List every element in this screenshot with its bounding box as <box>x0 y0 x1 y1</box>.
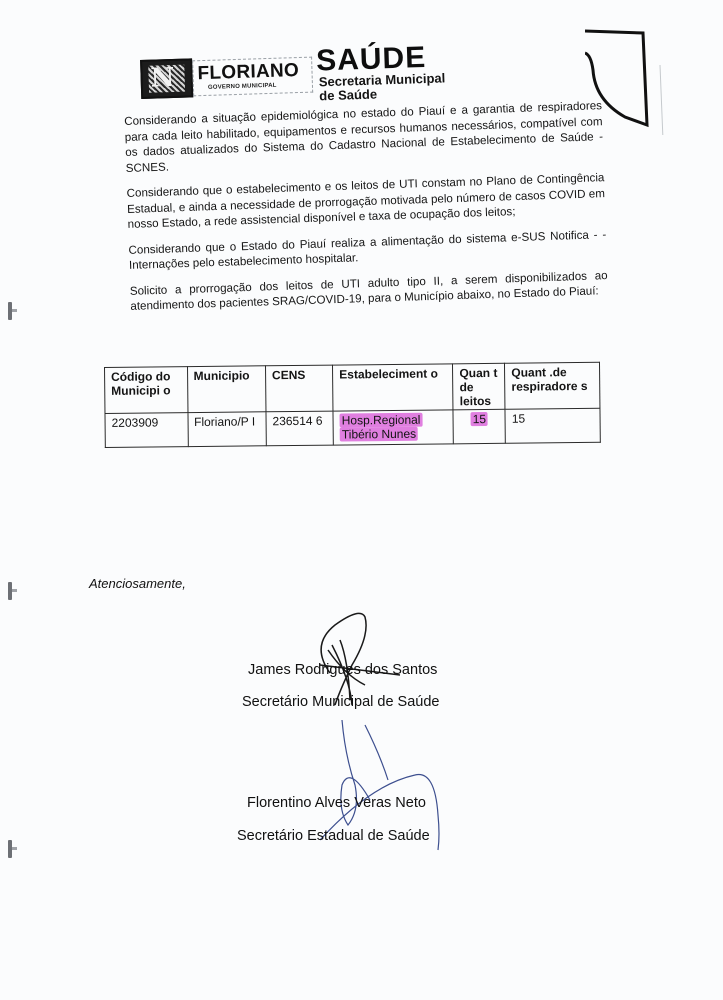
highlight-hospital-line1: Hosp.Regional <box>340 413 423 428</box>
highlight-hospital-line2: Tibério Nunes <box>340 427 418 442</box>
header-cens: CENS <box>265 365 333 412</box>
header-leitos: Quan t de leitos <box>453 363 505 410</box>
staple-mark <box>8 302 12 320</box>
cell-codigo: 2203909 <box>105 413 188 448</box>
header-estabelecimento: Estabeleciment o <box>333 364 454 411</box>
signer-1-name: James Rodrigues dos Santos <box>248 662 437 678</box>
staple-mark <box>8 840 12 858</box>
cell-cens: 236514 6 <box>266 411 334 446</box>
municipal-emblem-icon: N <box>140 58 193 99</box>
closing-salutation: Atenciosamente, <box>89 576 186 591</box>
table-row: 2203909 Floriano/P I 236514 6 Hosp.Regio… <box>105 408 600 447</box>
signer-1-role: Secretário Municipal de Saúde <box>242 694 439 710</box>
city-name: FLORIANO <box>197 60 299 85</box>
table-header-row: Código do Municipi o Municipio CENS Esta… <box>105 362 600 413</box>
paragraph-contingency: Considerando que o estabelecimento e os … <box>126 170 605 232</box>
header-respiradores: Quant .de respiradore s <box>505 362 600 409</box>
city-subtitle: GOVERNO MUNICIPAL <box>208 83 277 91</box>
paragraph-request: Solicito a prorrogação dos leitos de UTI… <box>130 268 609 315</box>
letter-body: Considerando a situação epidemiológica n… <box>124 98 609 324</box>
signer-2-role: Secretário Estadual de Saúde <box>237 828 430 844</box>
cell-leitos: 15 <box>453 409 505 444</box>
header-municipio: Municipio <box>187 366 266 413</box>
city-logo: FLORIANO GOVERNO MUNICIPAL <box>192 57 313 97</box>
paragraph-esus: Considerando que o Estado do Piauí reali… <box>128 227 607 274</box>
highlight-leitos: 15 <box>471 412 489 426</box>
cell-respiradores: 15 <box>505 408 600 443</box>
department-subtitle-line2: de Saúde <box>319 87 377 104</box>
signer-2-name: Florentino Alves Veras Neto <box>247 795 426 811</box>
icu-beds-table: Código do Municipi o Municipio CENS Esta… <box>104 362 601 448</box>
header-codigo: Código do Municipi o <box>105 367 188 414</box>
cell-municipio: Floriano/P I <box>187 412 266 447</box>
staple-mark <box>8 582 12 600</box>
cell-estabelecimento: Hosp.Regional Tibério Nunes <box>333 410 454 445</box>
department-subtitle-line1: Secretaria Municipal <box>319 70 446 89</box>
